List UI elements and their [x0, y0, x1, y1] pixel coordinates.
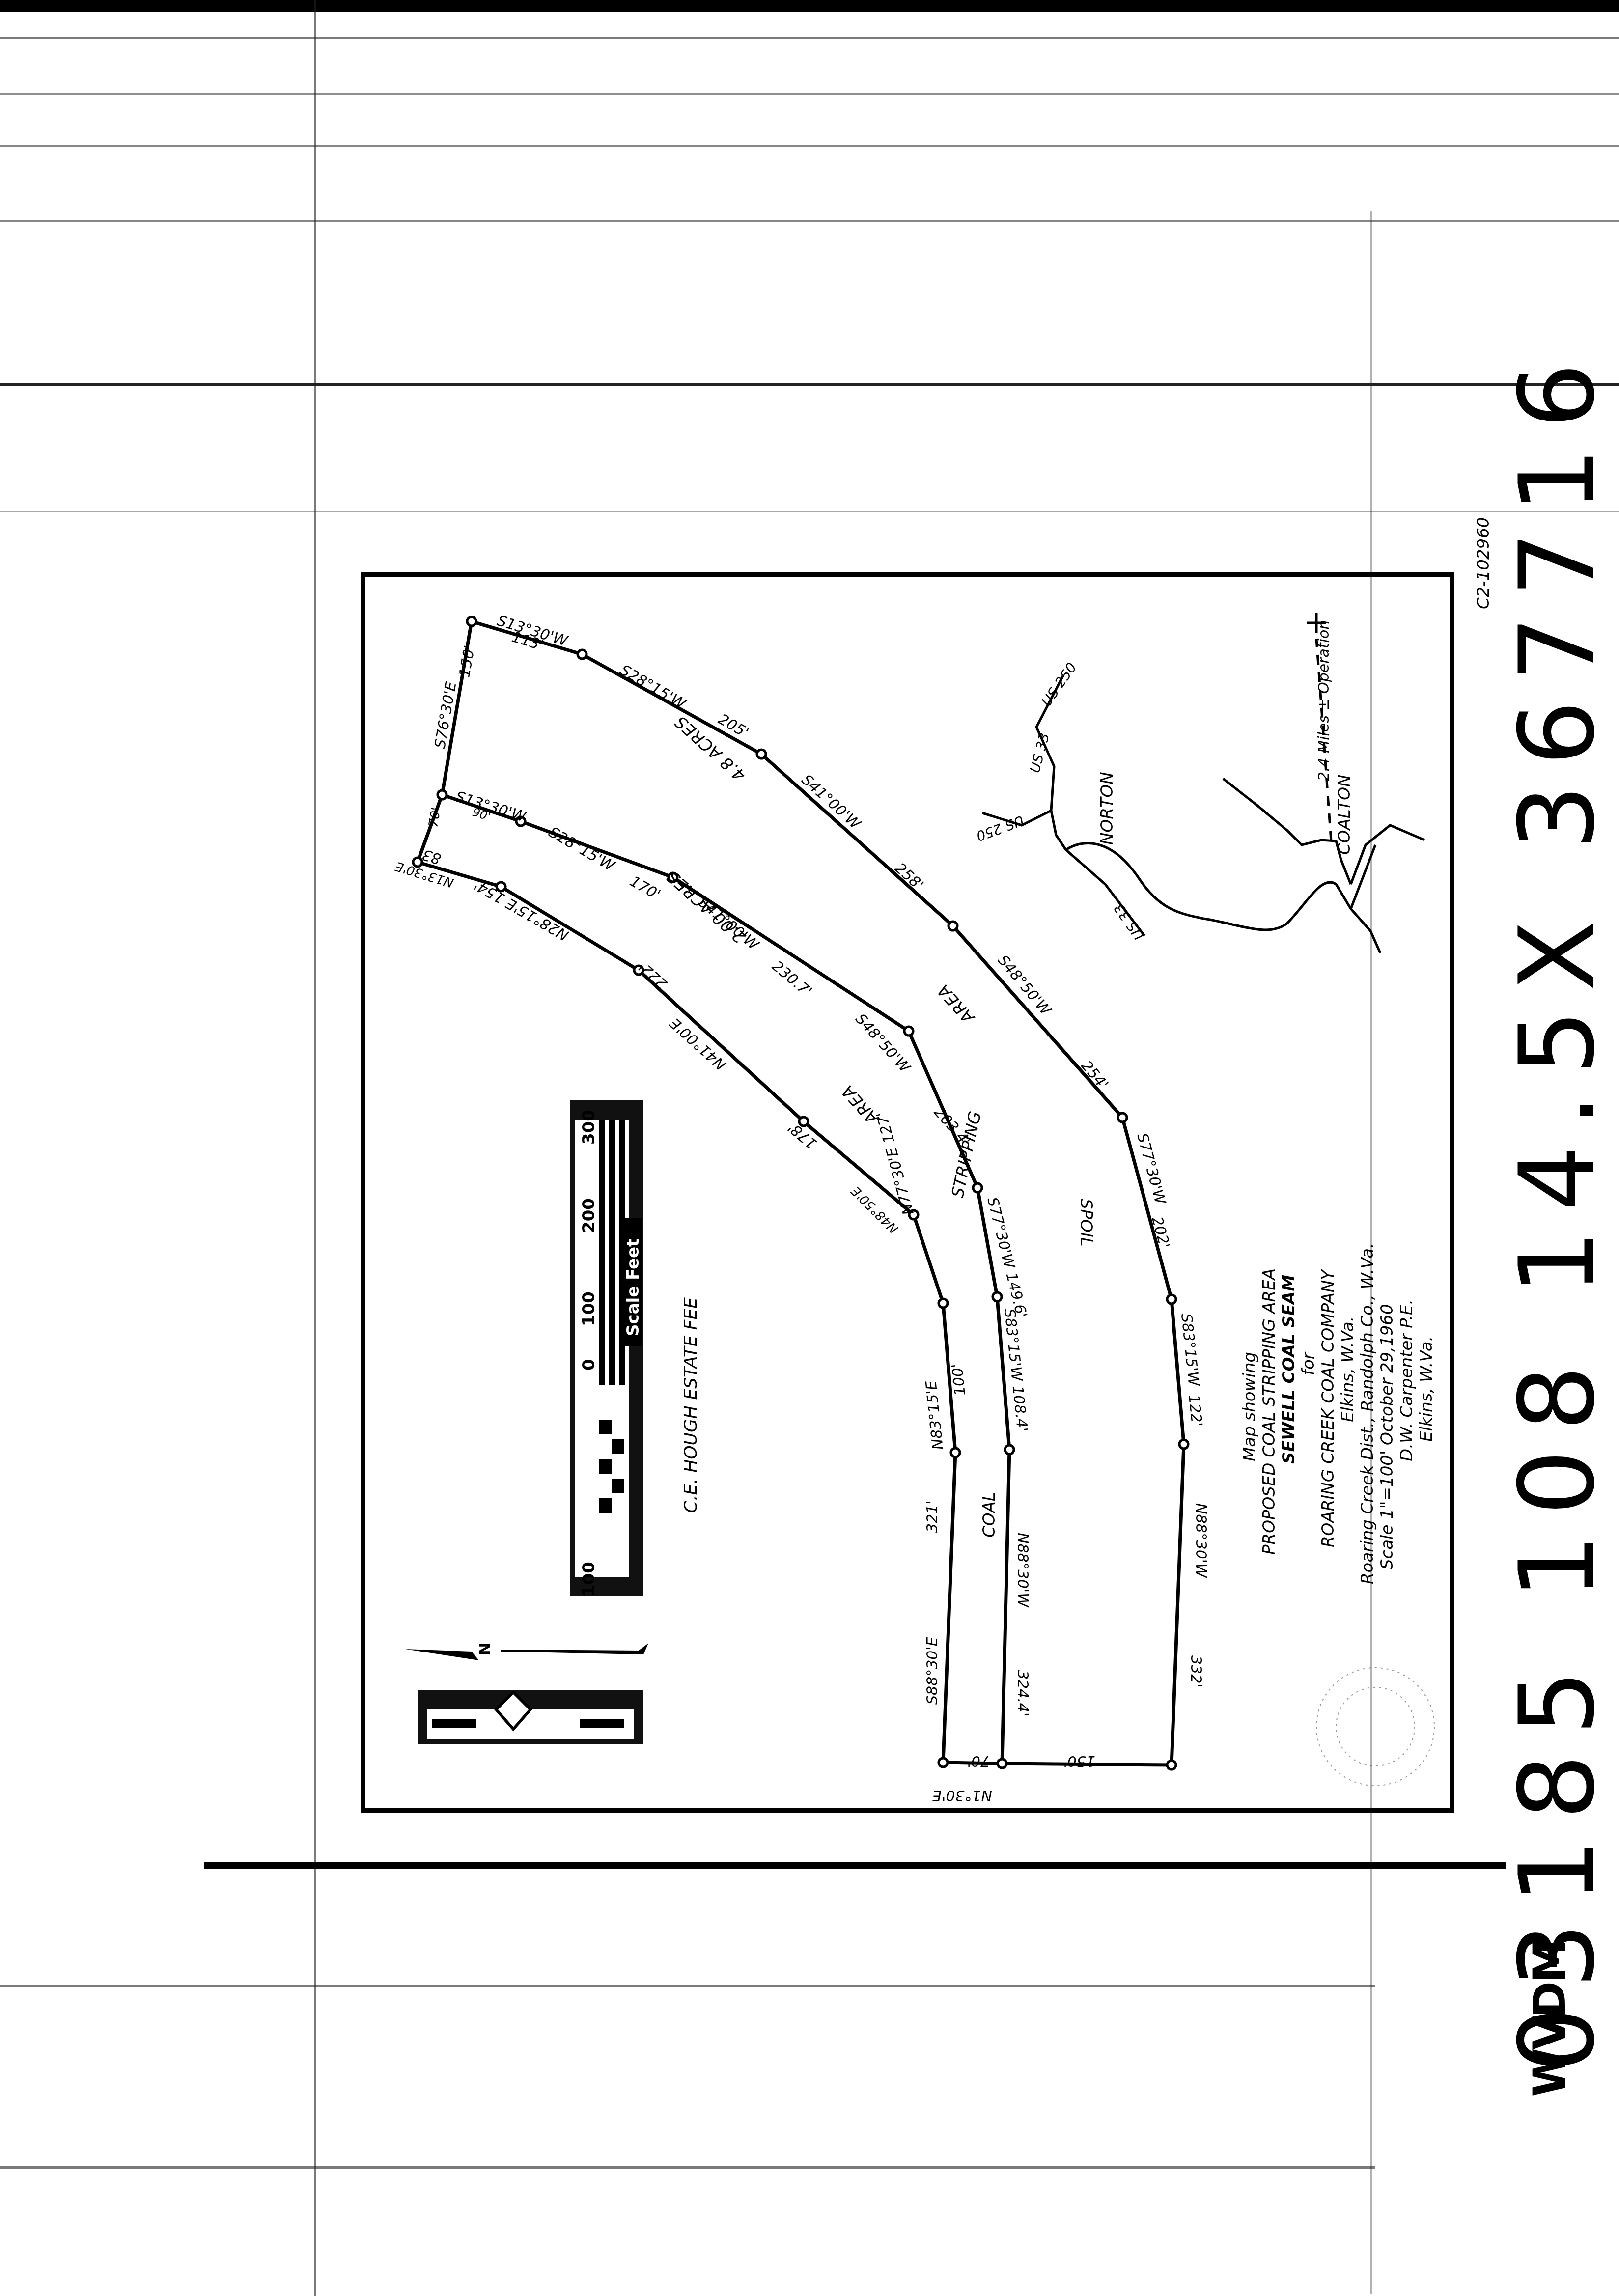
title-line: Map showing: [1240, 1352, 1259, 1461]
seal: [1316, 1668, 1434, 1786]
call-label: S48°50'W: [852, 1010, 914, 1077]
call-label: S28°15'W: [617, 662, 689, 713]
small-archive-code: C2-102960: [1474, 517, 1493, 609]
scale-tick: 100: [579, 1291, 599, 1326]
scale-tick: 200: [579, 1198, 599, 1233]
town-coalton: COALTON: [1335, 775, 1354, 855]
area-label-spoil: SPOIL: [1076, 1199, 1096, 1247]
call-label: N83°15'E: [922, 1380, 947, 1451]
location-sketch: [982, 613, 1424, 953]
title-line: ROARING CREEK COAL COMPANY: [1318, 1269, 1338, 1547]
title-line: PROPOSED COAL STRIPPING AREA: [1259, 1268, 1279, 1555]
title-line: D.W. Carpenter P.E.: [1397, 1299, 1417, 1461]
call-label: 222': [635, 958, 670, 992]
scale-tick: 0: [579, 1359, 599, 1371]
call-label: 332': [1187, 1655, 1204, 1688]
call-label: 324.4': [1014, 1670, 1031, 1716]
call-label: N1°30'E: [932, 1787, 992, 1804]
road-label-us250: US 250: [1038, 660, 1080, 709]
call-label: S77°30'W: [1133, 1131, 1169, 1207]
call-label: N88°30'W: [1014, 1533, 1031, 1608]
archive-stamp: WVDM: [1513, 1945, 1587, 2093]
film-number: 03185 108 14.5X 367716: [1497, 344, 1618, 2072]
area-label-coal: COAL: [979, 1492, 999, 1538]
call-label: 150': [456, 644, 478, 679]
call-label: 70': [426, 806, 444, 828]
call-label: 321': [924, 1500, 941, 1533]
call-label: 150': [1063, 1752, 1095, 1769]
title-line: Elkins, W.Va.: [1338, 1316, 1358, 1422]
title-line: Roaring Creek Dist., Randolph Co., W.Va.: [1358, 1243, 1377, 1584]
title-line: for: [1299, 1351, 1318, 1375]
middle-boundary: [442, 795, 1009, 1764]
north-arrow: N: [405, 1642, 648, 1744]
call-label: S88°30'E: [924, 1637, 941, 1705]
call-label: S13°30'W: [453, 788, 529, 826]
title-line: Scale 1"=100' October 29,1960: [1377, 1304, 1397, 1569]
scale-tick: 100: [579, 1562, 599, 1596]
call-label: N88°30'W: [1192, 1503, 1209, 1578]
area-label-spoil-1: AREA: [934, 980, 979, 1028]
call-label: 122': [1185, 1394, 1205, 1428]
road-label-us250-west: US 250: [974, 812, 1026, 844]
call-label: N48°50'E: [848, 1183, 901, 1236]
adjoining-owner-label: C.E. HOUGH ESTATE FEE: [681, 1297, 701, 1513]
operation-note: 2.4 Miles ± Operation: [1315, 620, 1333, 781]
scale-label: Scale Feet: [623, 1239, 643, 1336]
film-number-strip: 03185 108 14.5X 367716: [1503, 531, 1611, 1886]
call-label: S41°00'W: [798, 771, 865, 833]
survey-map-canvas: NORTON COALTON US 250 US 33 US 33 US 250…: [0, 0, 1619, 2296]
call-label: S83°15'W: [1177, 1313, 1202, 1387]
boundary-lines: [418, 621, 1184, 1765]
call-label: S28°15'W: [546, 824, 618, 875]
location-map-labels: NORTON COALTON US 250 US 33 US 33 US 250…: [974, 620, 1354, 943]
scale-tick: 300: [579, 1110, 599, 1145]
call-label: 170': [627, 873, 663, 904]
call-label: N28°15'E 154': [471, 876, 572, 944]
road-label-us33-south: US 33: [1111, 900, 1147, 943]
archive-stamp-text: WVDM: [1524, 1941, 1576, 2097]
scale-bar: Scale Feet 100 0 100 200 300: [570, 1100, 643, 1596]
call-label: 100': [949, 1363, 969, 1397]
north-label: N: [475, 1642, 494, 1655]
call-label: 202': [1148, 1215, 1173, 1250]
title-line: SEWELL COAL SEAM: [1279, 1275, 1299, 1464]
title-block: Map showing PROPOSED COAL STRIPPING AREA…: [1240, 1243, 1436, 1584]
call-label: 254': [1078, 1058, 1112, 1093]
town-norton: NORTON: [1097, 772, 1117, 845]
title-line: Elkins, W.Va.: [1417, 1336, 1436, 1442]
acres-inner-label: 2.00 ACRES: [663, 867, 750, 947]
call-label: 70': [967, 1752, 990, 1769]
